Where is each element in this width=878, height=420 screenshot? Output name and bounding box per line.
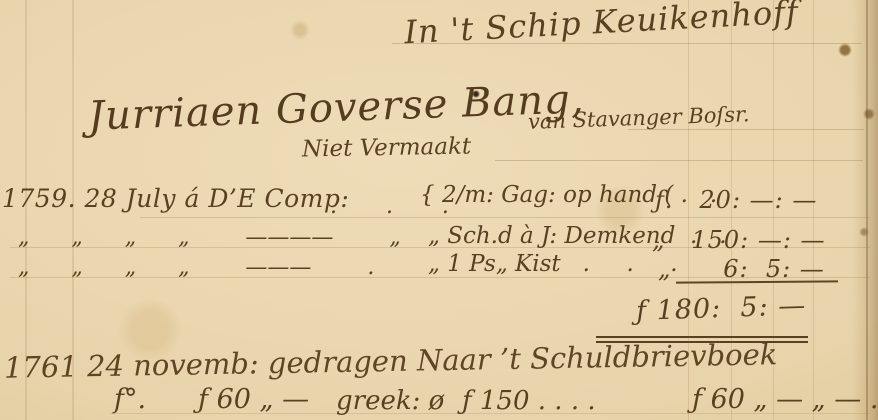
closing-line: 1761 24 novemb: gedragen Naar ’t Schuldb… [4,340,778,382]
closing-amount-b: ƒ 150 . . . . [462,388,596,414]
entry-amount: „ 6: 5: — [658,257,825,281]
closing-abbrev: greek: ø [336,388,444,414]
ruled-line [140,217,870,218]
entry-date-ditto: „ „ „ „ ——— . [18,257,374,279]
entry-date-ditto: „ „ „ „ ———— „ [18,227,401,249]
ledger-page: In 't Schip Keuikenhoff Jurriaen Goverse… [0,0,878,420]
entry-date: 1759. 28 July á D’E Comp: [2,186,349,211]
closing-amount-a: ƒ 60 „ — [198,386,309,413]
account-name: Jurriaen Goverse Bang, [87,79,585,136]
closing-amount-c: ƒ 60 „ — „ — . [692,386,878,413]
closing-folio: f°. [114,386,146,413]
entry-description: „ 1 Ps„ Kist . . . [428,253,678,276]
account-annotation: Niet Vermaakt [302,136,472,162]
page-edge-streak [866,0,868,420]
page-edge-shadow [852,0,878,420]
entry-amount: „ 150: —: — [652,228,826,252]
total-amount: ƒ 180: 5: — [636,292,807,325]
ship-header: In 't Schip Keuikenhoff [403,0,799,48]
entry-amount: ƒ. 20: —: — [655,188,817,212]
ruled-line [495,160,863,161]
